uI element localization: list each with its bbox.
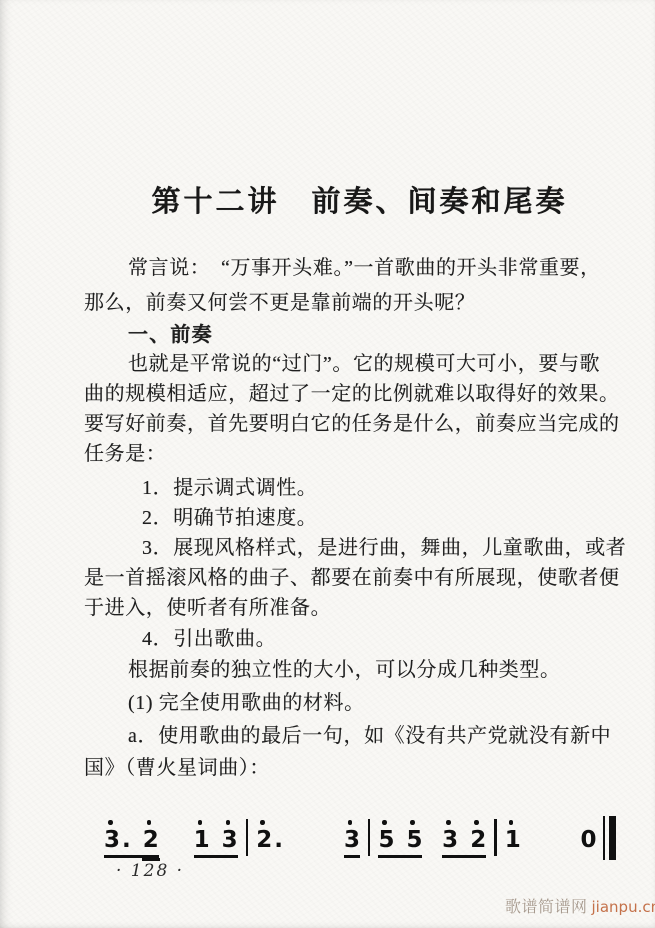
text-line: 曲的规模相适应，超过了一定的比例就难以取得好的效果。: [84, 382, 624, 406]
jianpu-note: 5: [378, 828, 394, 852]
text-line: 国》（曹火星词曲）：: [84, 756, 624, 780]
jianpu-note: 1: [505, 828, 521, 852]
note-value: 2: [470, 828, 486, 852]
watermark-site-name: 歌谱简谱网: [505, 899, 588, 916]
list-item: 4．引出歌曲。: [84, 627, 655, 651]
note-value: 5: [406, 828, 422, 852]
text-line: 那么，前奏又何尝不更是靠前端的开头呢？: [84, 291, 624, 315]
octave-dot-icon: [147, 820, 152, 825]
watermark-site-url: jianpu.cn: [592, 898, 655, 916]
note-value: 3: [344, 828, 360, 852]
note-value: 3: [442, 828, 458, 852]
note-value: 5: [378, 828, 394, 852]
text-line: 根据前奏的独立性的大小，可以分成几种类型。: [84, 658, 655, 682]
watermark: 歌谱简谱网 jianpu.cn: [505, 894, 655, 917]
jianpu-note: 1: [194, 828, 210, 852]
jianpu-note: 2: [470, 828, 486, 852]
jianpu-note: 3: [222, 828, 238, 852]
augmentation-dot: .: [274, 828, 283, 852]
notation-measure: 3.213: [104, 828, 238, 858]
beam-group: 0: [580, 828, 596, 858]
chapter-title: 第十二讲 前奏、间奏和尾奏: [84, 179, 621, 220]
jianpu-note: 3: [442, 828, 458, 852]
jianpu-notation: 3.2132.3553210: [104, 800, 616, 858]
barline: [368, 819, 371, 856]
octave-dot-icon: [474, 820, 479, 825]
beam-group: 55: [378, 828, 422, 858]
beam-group: 1: [505, 828, 521, 858]
octave-dot-icon: [198, 820, 203, 825]
notation-measure: 2.3: [256, 828, 360, 858]
text-line: 要写好前奏，首先要明白它的任务是什么，前奏应当完成的: [84, 412, 624, 436]
octave-dot-icon: [348, 820, 353, 825]
beam-group: 3: [344, 828, 360, 858]
text-line: 任务是：: [84, 442, 624, 466]
text-line: (1) 完全使用歌曲的材料。: [84, 691, 655, 715]
note-value: 2: [256, 828, 272, 852]
beam-group: 32: [442, 828, 486, 858]
note-value: 1: [505, 828, 521, 852]
octave-dot-icon: [446, 820, 451, 825]
augmentation-dot: .: [122, 828, 131, 852]
beam-group: 2.: [256, 828, 283, 858]
text-line: 于进入，使听者有所准备。: [84, 596, 624, 620]
beam-group: 13: [194, 828, 238, 858]
octave-dot-icon: [410, 820, 415, 825]
barline: [246, 819, 249, 856]
jianpu-note: 5: [406, 828, 422, 852]
octave-dot-icon: [226, 820, 231, 825]
jianpu-note: 3.: [104, 828, 131, 852]
jianpu-note: 2.: [256, 828, 283, 852]
barline-stroke-thick: [609, 816, 616, 860]
barline: [494, 819, 497, 856]
scanned-book-page: 第十二讲 前奏、间奏和尾奏 常言说： “万事开头难。”一首歌曲的开头非常重要， …: [0, 0, 655, 928]
text-line: 常言说： “万事开头难。”一首歌曲的开头非常重要，: [84, 256, 655, 280]
list-item: 1．提示调式调性。: [84, 476, 655, 500]
page-number: · 128 ·: [116, 861, 184, 881]
octave-dot-icon: [509, 820, 514, 825]
jianpu-note: 2: [143, 828, 159, 852]
barline-stroke-thin: [603, 816, 606, 860]
list-item: 2．明确节拍速度。: [84, 506, 655, 530]
note-value: 3: [222, 828, 238, 852]
notation-measure: 5532: [378, 828, 486, 858]
octave-dot-icon: [260, 820, 265, 825]
text-line: 是一首摇滚风格的曲子、都要在前奏中有所展现，使歌者便: [84, 566, 624, 590]
note-value: 2: [143, 828, 159, 852]
note-value: 0: [580, 828, 596, 852]
note-value: 3: [104, 828, 120, 852]
jianpu-note: 3: [344, 828, 360, 852]
octave-dot-icon: [108, 820, 113, 825]
jianpu-note: 0: [580, 828, 596, 852]
note-value: 1: [194, 828, 210, 852]
section-heading: 一、前奏: [84, 323, 655, 347]
list-item: 3．展现风格样式，是进行曲，舞曲，儿童歌曲，或者: [84, 536, 655, 560]
beam-group: 3.2: [104, 828, 159, 858]
text-line: a．使用歌曲的最后一句，如《没有共产党就没有新中: [84, 724, 655, 748]
final-barline: [603, 816, 617, 860]
text-line: 也就是平常说的“过门”。它的规模可大可小，要与歌: [84, 352, 655, 376]
octave-dot-icon: [382, 820, 387, 825]
notation-measure: 10: [505, 828, 597, 858]
